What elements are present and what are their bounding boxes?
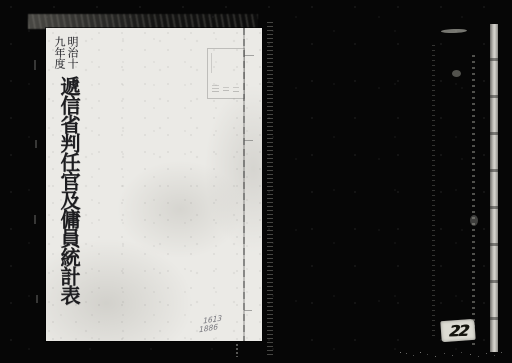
spine-crease-streak xyxy=(472,55,475,345)
scanned-document: 明治十 九年度 遞信省判任官及傭員統計表 1613 1886 22 xyxy=(0,0,512,363)
margin-scratch xyxy=(34,215,36,224)
document-title-vertical: 遞信省判任官及傭員統計表 xyxy=(53,76,83,334)
cover-edge-shadow xyxy=(28,14,258,29)
spine-crease-streak xyxy=(432,45,435,340)
margin-scratch xyxy=(35,140,37,148)
fold-tick xyxy=(244,55,254,56)
spine-number-sticker: 22 xyxy=(440,319,475,342)
margin-scratch xyxy=(34,60,36,70)
pencil-catalog-numbers: 1613 1886 xyxy=(203,314,222,333)
faint-stamp-box xyxy=(207,48,245,99)
margin-scratch xyxy=(36,295,38,303)
spine-sticker-number: 22 xyxy=(446,321,470,340)
spine-scratch-glint xyxy=(470,215,478,226)
paper-cover-page: 明治十 九年度 遞信省判任官及傭員統計表 1613 1886 xyxy=(46,28,262,341)
spine-scratch-glint xyxy=(441,29,467,34)
page-corner-squiggle xyxy=(236,344,238,357)
pencil-number-bottom: 1886 xyxy=(199,323,222,335)
book-page-edge-strip xyxy=(490,24,498,352)
spine-scratch-glint xyxy=(452,70,461,77)
page-fold-line xyxy=(243,28,245,341)
stamp-mark xyxy=(211,53,212,73)
film-grain-speckles xyxy=(400,352,401,353)
fold-tick xyxy=(244,140,253,141)
binding-gutter-streak xyxy=(267,22,273,358)
fold-tick xyxy=(244,310,252,311)
stamp-mark xyxy=(233,91,239,92)
stamp-mark xyxy=(212,91,219,92)
stamp-mark xyxy=(223,90,229,91)
